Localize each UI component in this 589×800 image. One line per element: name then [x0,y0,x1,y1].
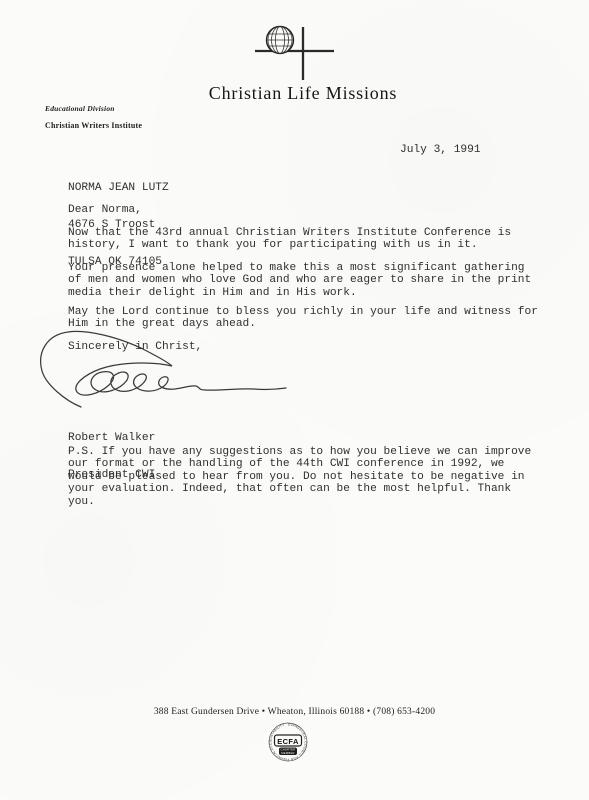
body-paragraph-1: Now that the 43rd annual Christian Write… [68,227,511,252]
ecfa-seal-icon: EVANGELICAL COUNCIL FOR FINANCIAL ACCOUN… [268,722,308,764]
scanned-letter-page: Christian Life Missions Educational Divi… [0,0,589,800]
seal-acronym: ECFA [277,737,299,746]
signature-scrawl-icon [28,329,290,411]
signer-name: Robert Walker [68,432,155,444]
division-label: Educational Division [45,104,115,113]
organization-title: Christian Life Missions [209,83,397,104]
body-paragraph-3: May the Lord continue to bless you richl… [68,306,538,331]
seal-badge-line2: MEMBER [281,751,295,755]
letter-date: July 3, 1991 [400,144,481,156]
salutation: Dear Norma, [68,204,142,216]
recipient-name: NORMA JEAN LUTZ [68,182,169,194]
postscript-paragraph: P.S. If you have any suggestions as to h… [68,446,531,508]
institute-label: Christian Writers Institute [45,121,142,130]
footer-address-line: 388 East Gundersen Drive • Wheaton, Illi… [0,707,589,717]
globe-cross-icon [250,24,340,84]
body-paragraph-2: Your presence alone helped to make this … [68,262,531,299]
